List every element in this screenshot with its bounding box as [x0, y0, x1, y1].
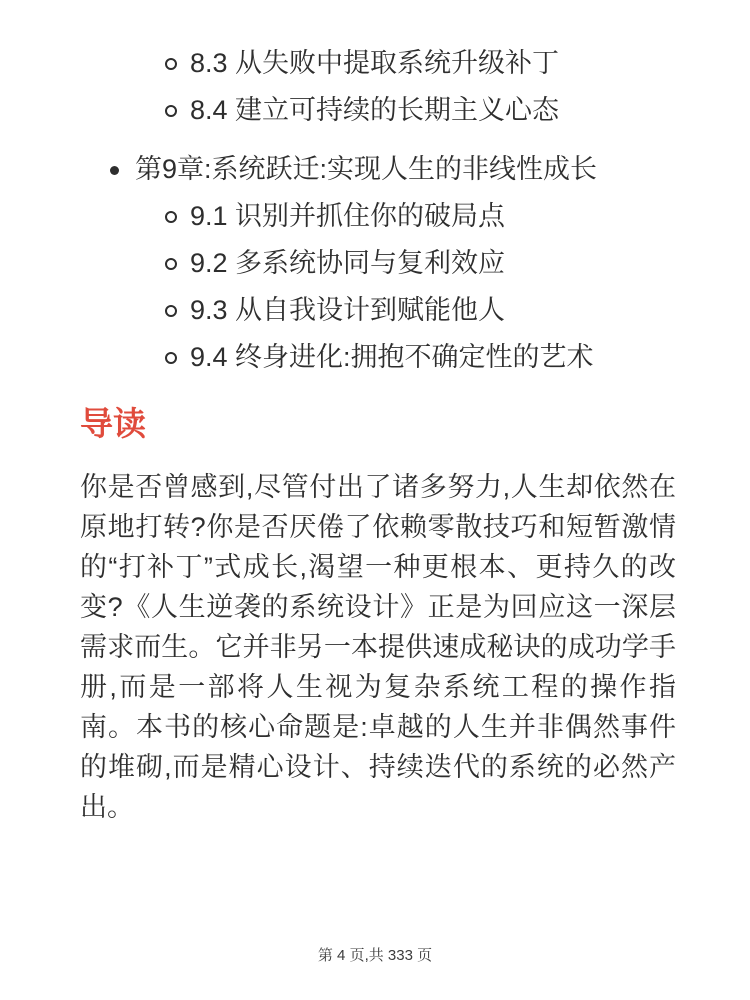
toc-item-8-4: 8.4 建立可持续的长期主义心态 [80, 88, 676, 133]
toc-chapter8-sublist: 8.3 从失败中提取系统升级补丁 8.4 建立可持续的长期主义心态 [80, 41, 676, 133]
toc-item-label: 9.1 识别并抓住你的破局点 [190, 201, 505, 231]
toc-chapter9-list: 第9章:系统跃迁:实现人生的非线性成长 9.1 识别并抓住你的破局点 9.2 多… [80, 147, 676, 380]
toc-item-label: 8.3 从失败中提取系统升级补丁 [190, 48, 559, 78]
page-content: 8.3 从失败中提取系统升级补丁 8.4 建立可持续的长期主义心态 第9章:系统… [80, 41, 676, 827]
section-heading-daodu: 导读 [80, 404, 676, 444]
disc-bullet-icon [110, 166, 119, 175]
toc-item-label: 9.3 从自我设计到赋能他人 [190, 295, 505, 325]
toc-chapter-label: 第9章:系统跃迁:实现人生的非线性成长 [135, 154, 597, 184]
document-page: 8.3 从失败中提取系统升级补丁 8.4 建立可持续的长期主义心态 第9章:系统… [0, 0, 750, 1000]
toc-item-label: 8.4 建立可持续的长期主义心态 [190, 95, 559, 125]
toc-item-9-4: 9.4 终身进化:拥抱不确定性的艺术 [80, 335, 676, 380]
toc-item-label: 9.2 多系统协同与复利效应 [190, 248, 505, 278]
toc-item-9-1: 9.1 识别并抓住你的破局点 [80, 194, 676, 239]
page-number-indicator: 第 4 页,共 333 页 [0, 944, 750, 965]
circle-bullet-icon [165, 105, 177, 117]
toc-item-8-3: 8.3 从失败中提取系统升级补丁 [80, 41, 676, 86]
toc-item-chapter9: 第9章:系统跃迁:实现人生的非线性成长 [80, 147, 676, 192]
circle-bullet-icon [165, 211, 177, 223]
toc-item-9-2: 9.2 多系统协同与复利效应 [80, 241, 676, 286]
circle-bullet-icon [165, 305, 177, 317]
toc-item-label: 9.4 终身进化:拥抱不确定性的艺术 [190, 342, 594, 372]
circle-bullet-icon [165, 258, 177, 270]
toc-item-9-3: 9.3 从自我设计到赋能他人 [80, 288, 676, 333]
circle-bullet-icon [165, 58, 177, 70]
circle-bullet-icon [165, 352, 177, 364]
intro-paragraph: 你是否曾感到,尽管付出了诸多努力,人生却依然在原地打转?你是否厌倦了依赖零散技巧… [80, 467, 676, 827]
